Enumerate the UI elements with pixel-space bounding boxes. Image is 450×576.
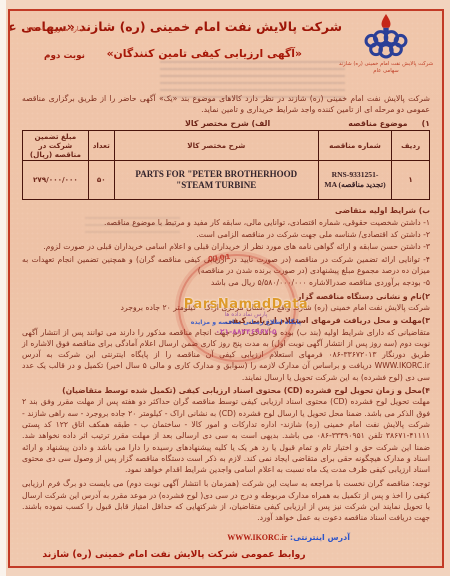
- permit-number: شماره مجوز:⁦۱۳۹۴-۶۰۳⁩: [26, 25, 88, 33]
- subject-sublabel: الف) شرح مختصر کالا: [185, 119, 270, 128]
- cell-guarantee: ۲۷۹/۰۰۰/۰۰۰: [23, 160, 89, 199]
- table-header-row: ردیف شماره مناقصه شرح مختصر کالا تعداد م…: [23, 130, 430, 160]
- cell-description: PARTS FOR "PETER BROTHERHOOD "STEAM TURB…: [114, 160, 318, 199]
- item-description-line1: PARTS FOR "PETER BROTHERHOOD: [117, 169, 316, 180]
- ad-title: «آگهی ارزیابی کیفی تامین کنندگان»: [160, 47, 302, 60]
- item-description-line2: "STEAM TURBINE: [117, 180, 316, 191]
- section4-title: ۴)محل و زمان تحویل لوح فشرده (CD) محتوی …: [22, 385, 430, 396]
- cell-qty: ۵۰: [88, 160, 114, 199]
- footer-signature: روابط عمومی شرکت پالایش نفت امام خمینی (…: [24, 549, 324, 560]
- section4-body: مهلت تحویل لوح فشرده (CD) محتوی اسناد ار…: [22, 396, 430, 475]
- nioc-torch-logo-icon: [338, 13, 434, 61]
- section3-title: ۳)مهلت و محل دریافت فرمهای استعلام ارزیا…: [22, 315, 430, 326]
- edition-label: نوبت دوم: [44, 51, 85, 61]
- website-label: آدرس اینترنتی:: [290, 533, 350, 542]
- website-url: WWW.IKORC.ir: [227, 533, 287, 542]
- section2-title: ۲)نام و نشانی دستگاه مناقصه گزار: [22, 291, 430, 302]
- condition-item: ۱- داشتن شخصیت حقوقی، شماره اقتصادی، توا…: [22, 217, 430, 228]
- conditions-title: ب) شرایط اولیه متقاضی: [22, 205, 430, 216]
- condition-item: ۴- توانایی ارائه تضمین شرکت در مناقصه (د…: [22, 254, 430, 277]
- cell-radif: ۱: [392, 160, 430, 199]
- section2-body: شرکت پالایش نفت امام خمینی (ره) شازند وا…: [22, 302, 430, 313]
- subject-line: ۱) موضوع مناقصه الف) شرح مختصر کالا: [22, 119, 430, 128]
- column-header-description: شرح مختصر کالا: [114, 130, 318, 160]
- subject-label: موضوع مناقصه: [348, 119, 407, 128]
- tender-table: ردیف شماره مناقصه شرح مختصر کالا تعداد م…: [22, 130, 430, 200]
- note-paragraph: توجه: مناقصه گران نخست با مراجعه به سایت…: [22, 478, 430, 523]
- column-header-guarantee: مبلغ تضمین شرکت در مناقصه (ریال): [23, 130, 89, 160]
- condition-item: ۵- بودجه برآوردی مناقصه صدرالاشاره ⁦۵/۵۸…: [22, 277, 430, 288]
- tender-number-line1: RNS-9331251-: [321, 170, 389, 180]
- logo-block: شرکت پالایش نفت امام خمینی (ره) شازند سه…: [338, 13, 434, 75]
- newspaper-ad-page: شرکت پالایش نفت امام خمینی (ره) شازند «س…: [0, 0, 450, 576]
- ad-header: شرکت پالایش نفت امام خمینی (ره) شازند «س…: [22, 11, 430, 91]
- company-title: شرکت پالایش نفت امام خمینی (ره) شازند «س…: [120, 19, 342, 34]
- ad-frame: شرکت پالایش نفت امام خمینی (ره) شازند «س…: [8, 9, 444, 568]
- condition-item: ۳- داشتن حسن سابقه و ارائه گواهی نامه ها…: [22, 241, 430, 252]
- intro-paragraph: شرکت پالایش نفت امام خمینی (ره) شازند در…: [22, 93, 430, 116]
- column-header-qty: تعداد: [88, 130, 114, 160]
- website-line: آدرس اینترنتی: WWW.IKORC.ir: [227, 533, 350, 542]
- section3-body: متقاضیانی که دارای شرایط اولیه (بند ب) ب…: [22, 327, 430, 383]
- table-row: ۱ RNS-9331251- MA (تجدید مناقصه) PARTS F…: [23, 160, 430, 199]
- subject-number: ۱): [422, 119, 430, 128]
- condition-item: ۲- داشتن کد اقتصادی/ شناسه ملی جهت شرکت …: [22, 229, 430, 240]
- cell-tender-no: RNS-9331251- MA (تجدید مناقصه): [318, 160, 391, 199]
- logo-caption-type: سهامی عام: [338, 68, 434, 75]
- logo-caption-company: شرکت پالایش نفت امام خمینی (ره) شازند: [338, 61, 434, 68]
- tender-number-line2: MA (تجدید مناقصه): [321, 180, 389, 190]
- column-header-radif: ردیف: [392, 130, 430, 160]
- column-header-tender-no: شماره مناقصه: [318, 130, 391, 160]
